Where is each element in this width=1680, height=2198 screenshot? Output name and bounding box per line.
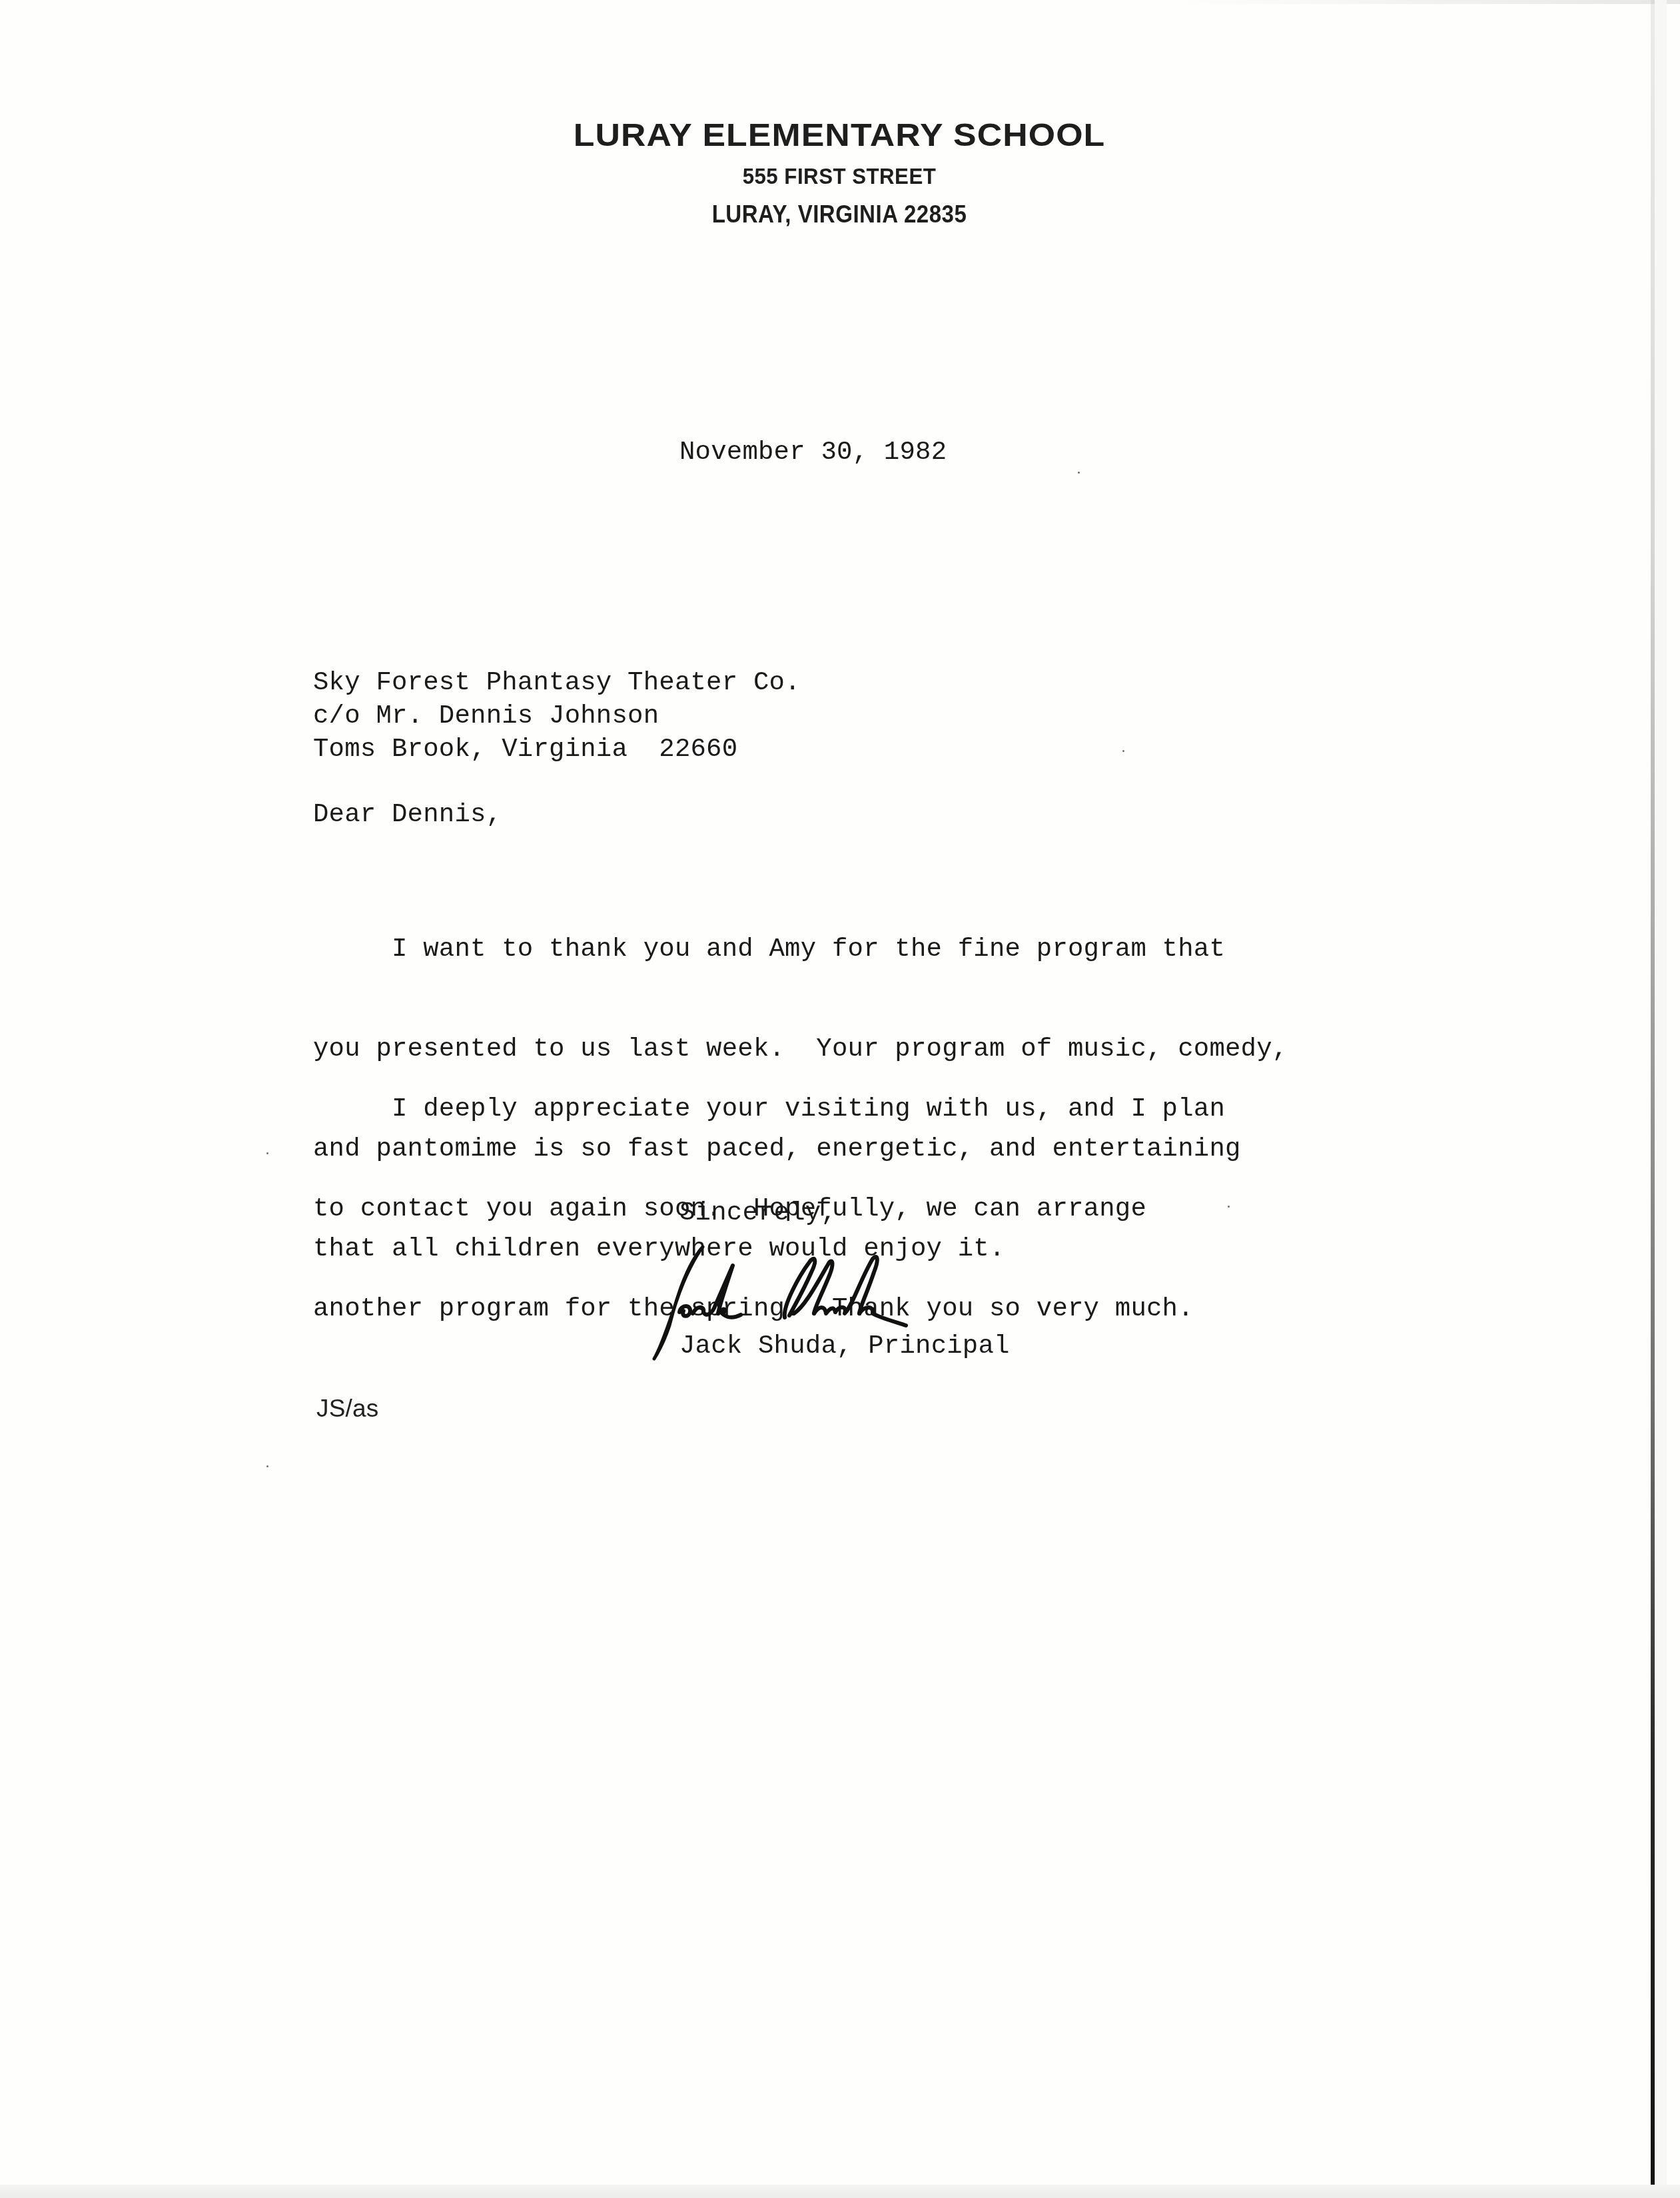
scan-top-edge [0,0,1680,4]
scan-bottom-edge [0,2185,1680,2198]
letter-page: LURAY ELEMENTARY SCHOOL 555 FIRST STREET… [0,0,1680,2198]
school-name: LURAY ELEMENTARY SCHOOL [552,117,1127,154]
paragraph-line: I want to thank you and Amy for the fine… [313,932,1288,966]
recipient-line: c/o Mr. Dennis Johnson [313,699,659,733]
letter-date: November 30, 1982 [679,436,947,469]
salutation: Dear Dennis, [313,798,502,831]
reference-initials: JS/as [316,1392,379,1425]
paragraph-line: I deeply appreciate your visiting with u… [313,1092,1225,1126]
recipient-line: Sky Forest Phantasy Theater Co. [313,666,801,699]
school-street: 555 FIRST STREET [594,164,1084,190]
school-city-state-zip: LURAY, VIRGINIA 22835 [594,200,1084,228]
scan-right-margin [1655,0,1667,2185]
scan-speck [1228,1206,1230,1208]
signer-name-title: Jack Shuda, Principal [679,1329,1010,1363]
recipient-line: Toms Brook, Virginia 22660 [313,733,737,766]
scan-speck [266,1465,268,1467]
scan-speck [1122,750,1124,752]
scan-right-edge-shadow [1651,0,1655,2185]
scan-speck [1078,472,1080,474]
scan-speck [266,1152,268,1154]
closing: Sincerely, [679,1196,837,1230]
